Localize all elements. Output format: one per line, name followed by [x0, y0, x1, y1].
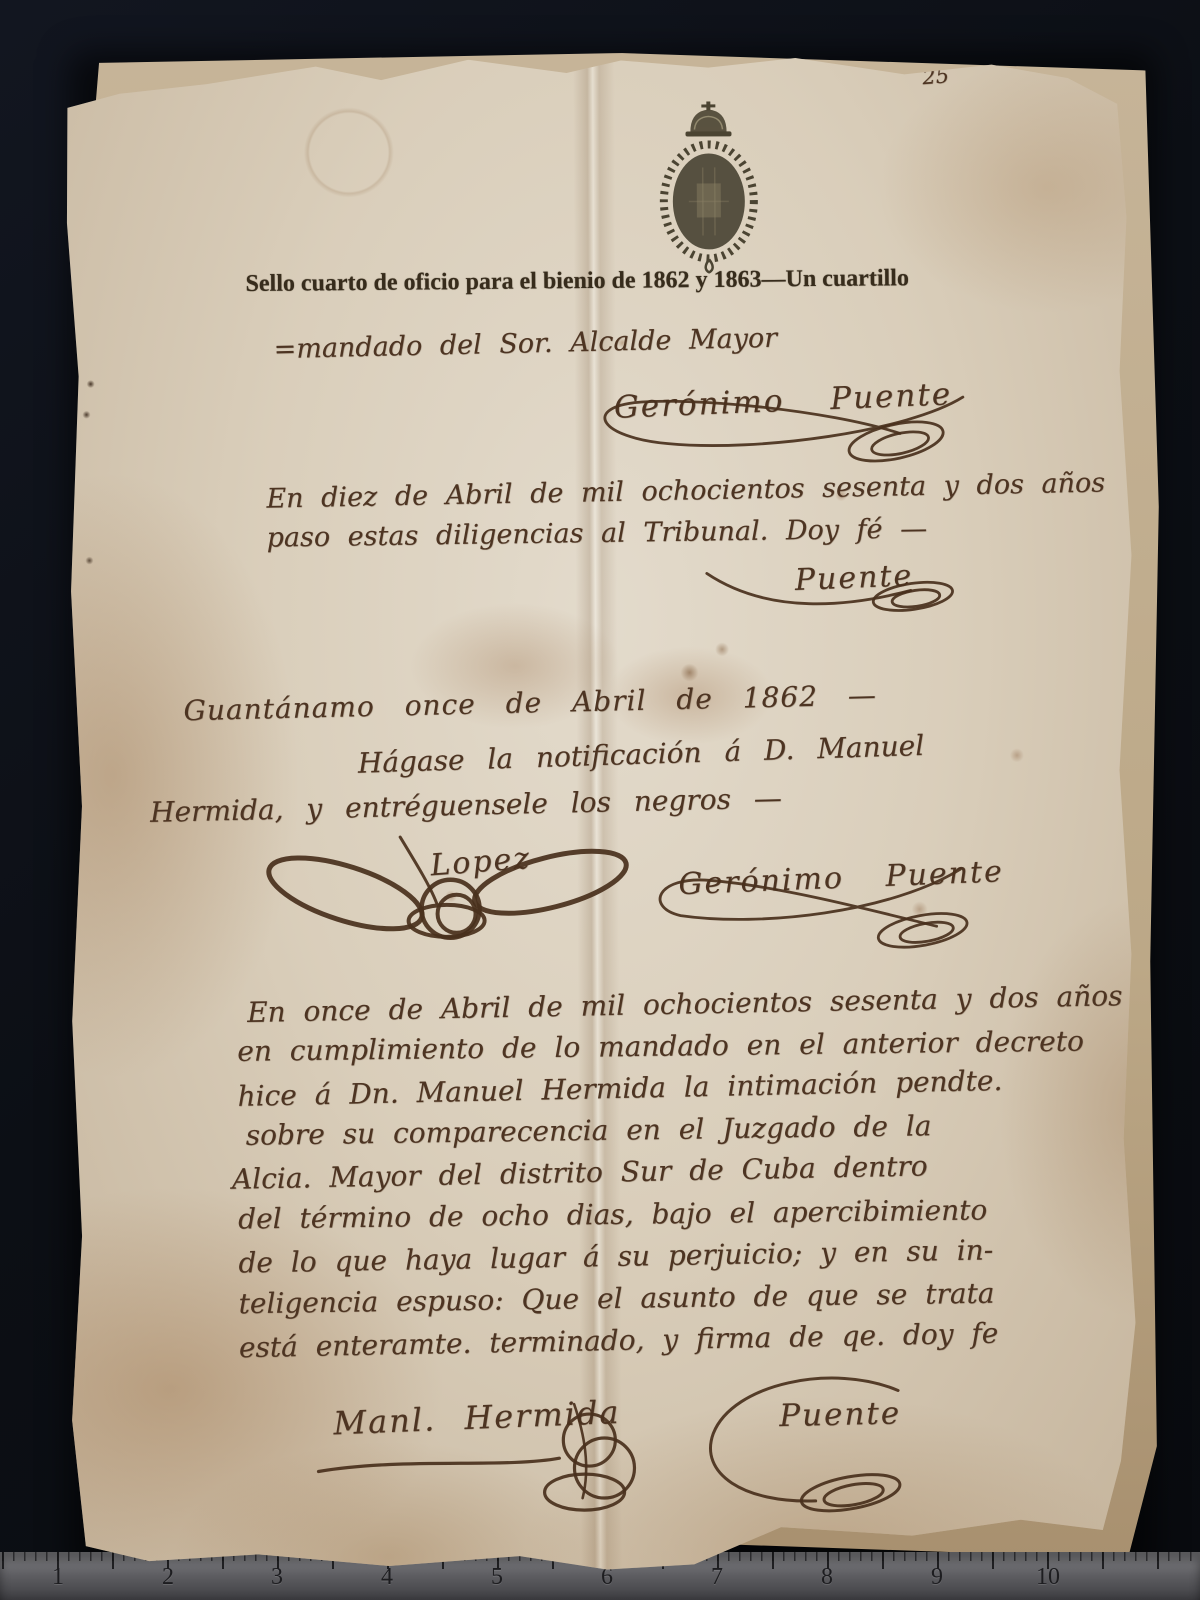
ruler-number: 10	[1036, 1564, 1060, 1591]
manuscript-line: En diez de Abril de mil ochocientos sese…	[266, 468, 1105, 515]
signature-puente: Puente	[794, 558, 914, 598]
manuscript-line: Hermida, y entréguensele los negros —	[150, 782, 782, 829]
signature-manuel-hermida: Manl. Hermida	[333, 1393, 622, 1442]
ruler-number: 4	[381, 1564, 393, 1591]
printed-revenue-header: Sello cuarto de oficio para el bienio de…	[147, 264, 1007, 299]
manuscript-paper-sheet: 25 Sello cuarto de oficio para el bienio…	[54, 33, 1152, 1574]
ruler-number: 3	[271, 1564, 283, 1591]
manuscript-line: está enteramte. terminado, y firma de qe…	[239, 1317, 999, 1365]
signature-puente: Puente	[779, 1395, 902, 1434]
manuscript-line: teligencia espuso: Que el asunto de que …	[238, 1277, 994, 1321]
manuscript-line: En once de Abril de mil ochocientos sese…	[247, 979, 1123, 1029]
signature-flourish	[250, 824, 651, 951]
manuscript-line: Alcia. Mayor del distrito Sur de Cuba de…	[232, 1149, 928, 1195]
manuscript-line: paso estas diligencias al Tribunal. Doy …	[266, 513, 927, 553]
manuscript-line: del término de ocho dias, bajo el aperci…	[238, 1193, 987, 1235]
ruler-number: 9	[931, 1564, 943, 1591]
royal-crest-seal-icon	[648, 101, 771, 274]
manuscript-line: Hágase la notificación á D. Manuel	[357, 729, 924, 780]
photo-of-1862-manuscript: 1 2 3 4 5 6 7 8 9 10 25 Sel	[0, 0, 1200, 1600]
ruler-number: 2	[162, 1564, 174, 1591]
dateline: Guantánamo once de Abril de 1862 —	[183, 679, 877, 728]
signature-geronimo-puente: Gerónimo Puente	[613, 376, 953, 426]
manuscript-line: hice á Dn. Manuel Hermida la intimación …	[237, 1064, 1002, 1113]
manuscript-line: sobre su comparecencia en el Juzgado de …	[246, 1109, 932, 1152]
signature-lopez: Lopez	[429, 841, 532, 883]
ruler-number: 5	[491, 1564, 503, 1591]
ruler-number: 1	[52, 1564, 64, 1591]
order-line: =mandado del Sor. Alcalde Mayor	[273, 323, 777, 365]
manuscript-line: de lo que haya lugar á su perjuicio; y e…	[238, 1233, 993, 1279]
ruler-number: 8	[821, 1564, 833, 1591]
manuscript-line: en cumplimiento de lo mandado en el ante…	[237, 1025, 1084, 1068]
ruler-number: 7	[711, 1564, 723, 1591]
signature-flourish	[653, 1370, 954, 1517]
signature-geronimo-puente: Gerónimo Puente	[678, 854, 1005, 902]
